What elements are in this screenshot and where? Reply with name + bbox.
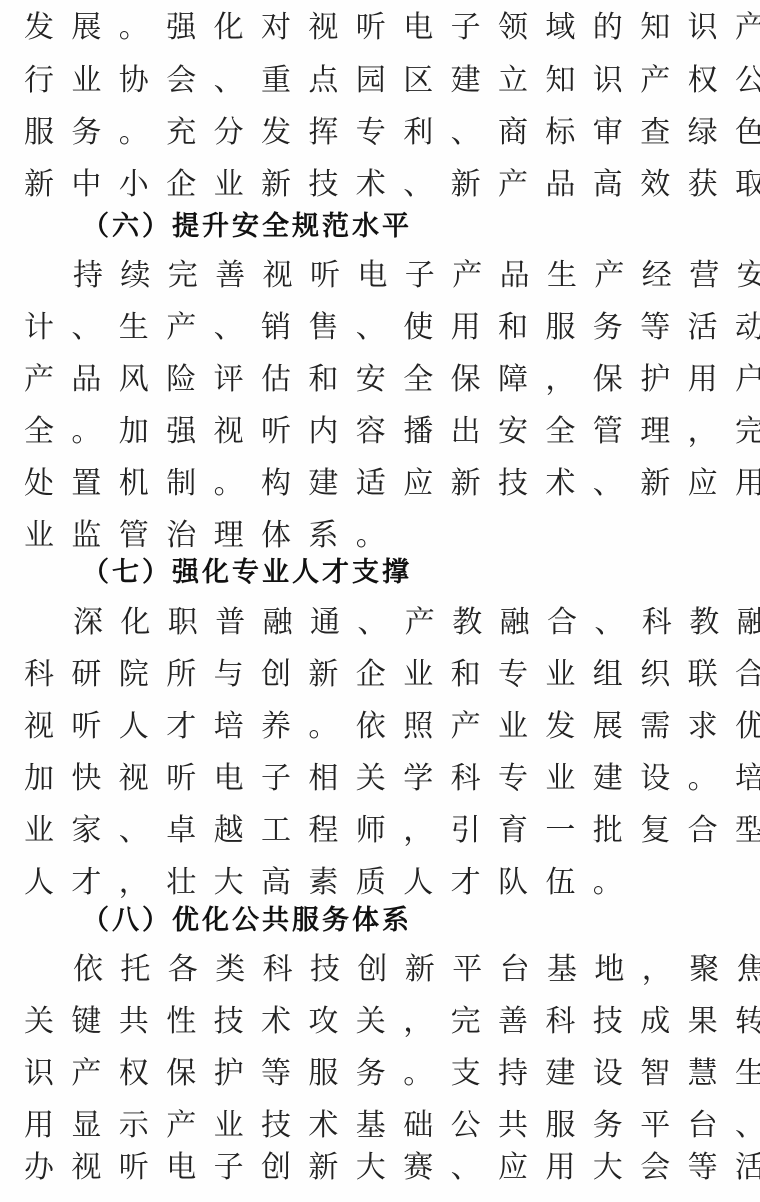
paragraph-line: 识产权保护等服务。支持建设智慧生活视听、车载视听、商 [24,1048,736,1100]
paragraph-line: 视听人才培养。依照产业发展需求优化课程体系，鼓励高校 [24,701,736,753]
paragraph-line: 发展。强化对视听电子领域的知识产权公共服务支撑，支持 [24,2,736,54]
paragraph-line: 行业协会、重点园区建立知识产权公共服务机构，提供专业 [24,55,736,107]
paragraph-line: 计、生产、销售、使用和服务等活动。加强视听新技术、新 [24,302,736,354]
section-heading-8: （八）优化公共服务体系 [82,895,760,947]
section-heading-6: （六）提升安全规范水平 [82,201,760,253]
paragraph-line: 关键共性技术攻关，完善科技成果转化、产品检测认证、知 [24,996,736,1048]
paragraph-line: 办视听电子创新大赛、应用大会等活动。 [24,1142,736,1194]
paragraph-line: 依托各类科技创新平台基地，聚焦产业薄弱环节，开展 [73,944,736,996]
paragraph-line: 产品风险评估和安全保障，保护用户数据安全和个人信息安 [24,354,736,406]
paragraph-line: 持续完善视听电子产品生产经营安全监管，规范产品设 [73,250,736,302]
section-heading-7: （七）强化专业人才支撑 [82,547,760,599]
paragraph-line: 加快视听电子相关学科专业建设。培育视听电子领域优秀企 [24,753,736,805]
paragraph-line: 全。加强视听内容播出安全管理，完善视听内容监测和应急 [24,406,736,458]
paragraph-line: 处置机制。构建适应新技术、新应用、新业态发展需要的产 [24,458,736,510]
paragraph-line: 服务。充分发挥专利、商标审查绿色通道作用，支持专精特 [24,107,736,159]
document-page: 发展。强化对视听电子领域的知识产权公共服务支撑，支持 行业协会、重点园区建立知识… [0,0,760,1202]
paragraph-line: 业家、卓越工程师，引育一批复合型管理人才、跨界融合型 [24,805,736,857]
paragraph-line: 深化职普融通、产教融合、科教融汇，引导高等院校、 [73,597,736,649]
paragraph-line: 科研院所与创新企业和专业组织联合精准育才，加快专业化 [24,649,736,701]
